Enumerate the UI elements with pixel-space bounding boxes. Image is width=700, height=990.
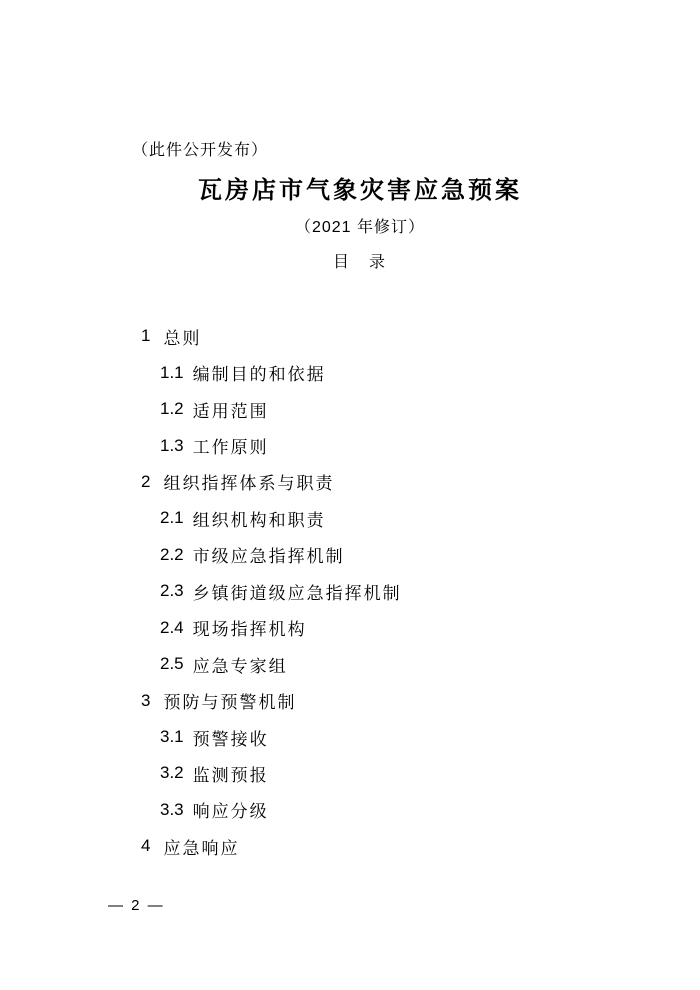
toc-item: 2.2市级应急指挥机制 xyxy=(0,537,700,573)
toc-item-label: 响应分级 xyxy=(193,797,269,822)
toc-item-label: 组织指挥体系与职责 xyxy=(163,469,334,494)
toc-item-label: 预警接收 xyxy=(193,725,269,750)
toc-item-label: 监测预报 xyxy=(193,761,269,786)
toc-item-number: 1.1 xyxy=(160,363,184,383)
toc-item-number: 3.2 xyxy=(160,763,184,783)
toc-list: 1总则1.1编制目的和依据1.2适用范围1.3工作原则2组织指挥体系与职责2.1… xyxy=(0,318,700,865)
document-title: 瓦房店市气象灾害应急预案 xyxy=(20,170,700,205)
document-subtitle: （2021 年修订） xyxy=(20,214,700,237)
toc-item-label: 适用范围 xyxy=(193,397,269,422)
document-page: （此件公开发布） 瓦房店市气象灾害应急预案 （2021 年修订） 目 录 1总则… xyxy=(0,0,700,990)
toc-item: 4应急响应 xyxy=(0,828,700,864)
toc-item-label: 工作原则 xyxy=(193,433,269,458)
toc-item: 1.2适用范围 xyxy=(0,391,700,427)
toc-item: 1.3工作原则 xyxy=(0,427,700,463)
toc-item-number: 1.2 xyxy=(160,399,184,419)
page-number: — 2 — xyxy=(108,897,165,914)
toc-item: 2.3乡镇街道级应急指挥机制 xyxy=(0,573,700,609)
toc-item: 2.1组织机构和职责 xyxy=(0,500,700,536)
toc-item: 3.3响应分级 xyxy=(0,792,700,828)
toc-item-number: 3 xyxy=(141,691,150,711)
toc-item-number: 2.1 xyxy=(160,508,184,528)
toc-item-label: 现场指挥机构 xyxy=(193,615,307,640)
toc-item-label: 市级应急指挥机制 xyxy=(193,542,345,567)
toc-item: 3.1预警接收 xyxy=(0,719,700,755)
toc-item-number: 1.3 xyxy=(160,436,184,456)
toc-item-number: 1 xyxy=(141,326,150,346)
toc-item: 1总则 xyxy=(0,318,700,354)
toc-item: 3.2监测预报 xyxy=(0,755,700,791)
toc-item-number: 2.2 xyxy=(160,545,184,565)
toc-item-number: 3.1 xyxy=(160,727,184,747)
toc-item: 2组织指挥体系与职责 xyxy=(0,464,700,500)
toc-item-label: 编制目的和依据 xyxy=(193,360,326,385)
toc-item-label: 应急响应 xyxy=(163,834,239,859)
toc-item-number: 2.4 xyxy=(160,618,184,638)
toc-item-number: 2.5 xyxy=(160,654,184,674)
toc-item-label: 组织机构和职责 xyxy=(193,506,326,531)
toc-item-number: 2 xyxy=(141,472,150,492)
toc-item-label: 总则 xyxy=(163,324,201,349)
toc-item-number: 3.3 xyxy=(160,800,184,820)
toc-item-number: 4 xyxy=(141,836,150,856)
toc-heading: 目 录 xyxy=(20,249,700,272)
toc-item-label: 预防与预警机制 xyxy=(163,688,296,713)
toc-item: 1.1编制目的和依据 xyxy=(0,354,700,390)
toc-item-label: 应急专家组 xyxy=(193,652,288,677)
toc-item: 2.5应急专家组 xyxy=(0,646,700,682)
toc-item-number: 2.3 xyxy=(160,581,184,601)
publish-note: （此件公开发布） xyxy=(132,137,268,160)
toc-item: 3预防与预警机制 xyxy=(0,682,700,718)
toc-item-label: 乡镇街道级应急指挥机制 xyxy=(193,579,402,604)
toc-item: 2.4现场指挥机构 xyxy=(0,610,700,646)
